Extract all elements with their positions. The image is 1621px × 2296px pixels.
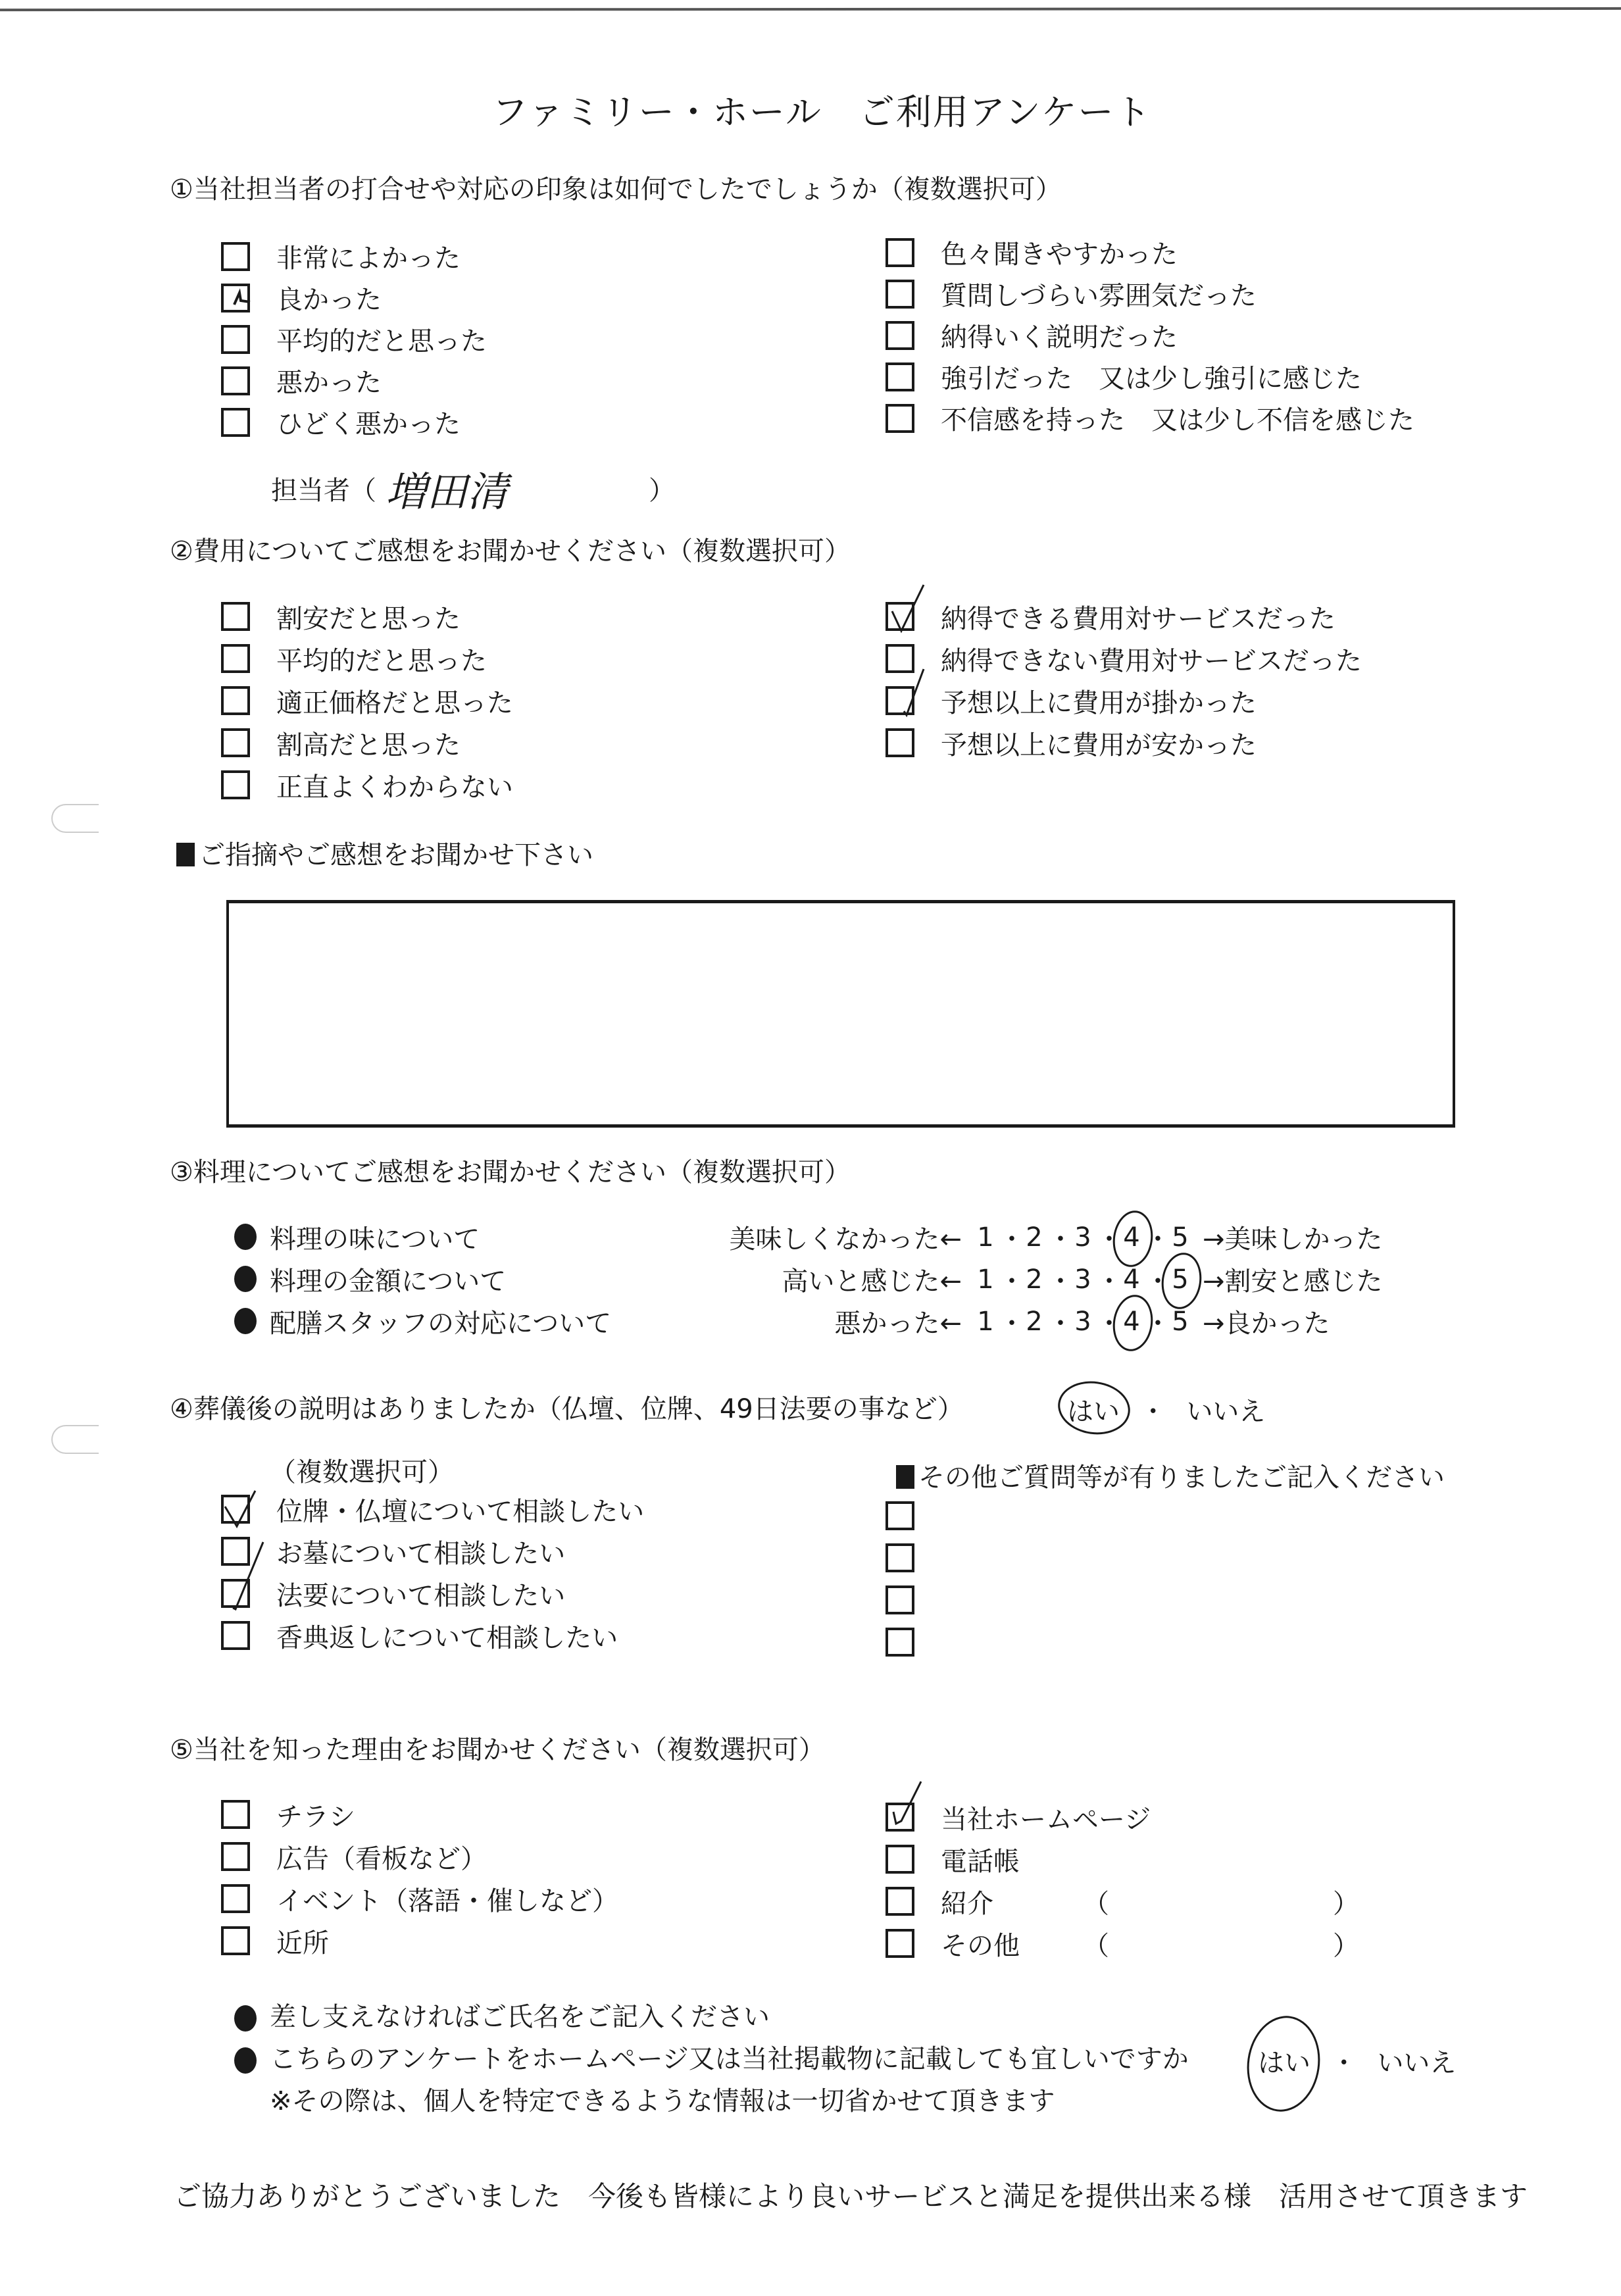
scan-edge-line (0, 7, 1621, 11)
q4-other-boxes (885, 1495, 941, 1663)
checkmark-icon (220, 1471, 266, 1530)
q1-left-options: 非常によかった 良かった 平均的だと思った 悪かった ひどく悪かった (221, 236, 487, 443)
q3-scale-staff-low: 悪かった← (834, 1303, 962, 1340)
checkbox[interactable] (885, 362, 914, 391)
staff-close-paren: ） (649, 470, 675, 507)
q1-option-convincing[interactable]: 納得いく説明だった (885, 314, 1414, 356)
q2-heading: ②費用についてご感想をお聞かせください（複数選択可） (170, 530, 851, 568)
q5-option-neighborhood[interactable]: 近所 (221, 1920, 618, 1962)
q4-option-grave[interactable]: お墓について相談したい (221, 1530, 644, 1572)
checkbox[interactable] (221, 1800, 250, 1829)
staff-field: 担当者（ 増田清 ） (271, 459, 675, 518)
publish-yes-no: はい ・ いいえ (1258, 2042, 1456, 2080)
checkmark-icon (884, 662, 930, 722)
publish-yes-option[interactable]: はい (1258, 2042, 1310, 2080)
q3-scale-price[interactable]: 1・ 2・ 3・ 4・ 5 →割安と感じた (972, 1260, 1383, 1298)
q2-right-options: 納得できる費用対サービスだった 納得できない費用対サービスだった 予想以上に費用… (885, 595, 1362, 764)
other-question-checkbox[interactable] (885, 1628, 914, 1657)
checkbox[interactable] (885, 321, 914, 350)
q4-other-heading: その他ご質問等が有りましたご記入ください (896, 1457, 1445, 1494)
checkbox[interactable] (221, 1621, 250, 1650)
checkmark-icon (220, 1555, 266, 1614)
checkbox[interactable] (221, 602, 250, 631)
bullet-icon (234, 1308, 257, 1334)
q3-scale-taste[interactable]: 1・ 2・ 3・ 4・ 5 →美味しかった (972, 1218, 1383, 1256)
comments-heading: ご指摘やご感想をお聞かせ下さい (176, 834, 593, 872)
q3-item-staff: 配膳スタッフの対応について (234, 1300, 611, 1342)
q1-option-bad[interactable]: 悪かった (221, 360, 487, 401)
q3-item-price: 料理の金額について (234, 1258, 611, 1300)
q4-yes-option[interactable]: はい (1067, 1391, 1120, 1428)
q3-scale-price-low: 高いと感じた← (782, 1260, 962, 1298)
q4-options: 位牌・仏壇について相談したい お墓について相談したい 法要について相談したい 香… (221, 1488, 644, 1657)
checkbox-checked[interactable] (885, 602, 914, 631)
checkbox[interactable] (221, 325, 250, 354)
punch-hole-mark (51, 804, 99, 833)
page-title: ファミリー・ホール ご利用アンケート (492, 84, 1152, 135)
q2-option-less-than-expected[interactable]: 予想以上に費用が安かった (885, 722, 1362, 764)
q3-items: 料理の味について 料理の金額について 配膳スタッフの対応について (234, 1216, 611, 1342)
q3-item-taste: 料理の味について (234, 1216, 611, 1258)
square-bullet-icon (896, 1465, 914, 1489)
q3-scale-taste-low: 美味しくなかった← (729, 1218, 962, 1256)
q5-left-options: チラシ 広告（看板など） イベント（落語・催しなど） 近所 (221, 1793, 618, 1962)
q2-option-expensive[interactable]: 割高だと思った (221, 722, 513, 764)
publish-no-option[interactable]: いいえ (1377, 2048, 1456, 2078)
q5-option-other[interactable]: その他（） (885, 1922, 1359, 1964)
q2-option-unsatisfied-value[interactable]: 納得できない費用対サービスだった (885, 637, 1362, 680)
checkbox-checked[interactable] (221, 1579, 250, 1608)
selected-rating[interactable]: 4 (1118, 1222, 1145, 1253)
q3-heading: ③料理についてご感想をお聞かせください（複数選択可） (170, 1151, 851, 1189)
selected-rating[interactable]: 4 (1118, 1307, 1145, 1337)
checkbox[interactable] (221, 1926, 250, 1955)
q1-right-options: 色々聞きやすかった 質問しづらい雰囲気だった 納得いく説明だった 強引だった 又… (885, 232, 1414, 439)
checkbox[interactable] (221, 770, 250, 799)
q2-option-more-than-expected[interactable]: 予想以上に費用が掛かった (885, 680, 1362, 722)
checkbox[interactable] (885, 404, 914, 433)
q1-option-pushy[interactable]: 強引だった 又は少し強引に感じた (885, 356, 1414, 397)
q1-option-very-bad[interactable]: ひどく悪かった (221, 401, 487, 443)
q2-option-cheap[interactable]: 割安だと思った (221, 595, 513, 637)
q4-yes-no: はい ・ いいえ (1067, 1391, 1265, 1428)
checkmark-icon (884, 1779, 930, 1838)
other-question-checkbox[interactable] (885, 1501, 914, 1530)
q2-option-satisfied-value[interactable]: 納得できる費用対サービスだった (885, 595, 1362, 637)
checkbox[interactable] (885, 280, 914, 309)
q5-option-homepage[interactable]: 当社ホームページ (885, 1796, 1359, 1838)
staff-name-input[interactable]: 増田清 (386, 459, 649, 518)
q4-option-return-gift[interactable]: 香典返しについて相談したい (221, 1614, 644, 1657)
other-question-checkbox[interactable] (885, 1585, 914, 1614)
checkbox[interactable] (885, 1845, 914, 1874)
checkbox[interactable] (221, 644, 250, 673)
checkbox[interactable] (221, 1842, 250, 1871)
comments-textarea[interactable] (226, 900, 1455, 1128)
checkbox[interactable] (885, 1887, 914, 1916)
q5-option-event[interactable]: イベント（落語・催しなど） (221, 1878, 618, 1920)
checkbox-checked[interactable] (221, 1495, 250, 1524)
q2-left-options: 割安だと思った 平均的だと思った 適正価格だと思った 割高だと思った 正直よくわ… (221, 595, 513, 806)
name-prompt: 差し支えなければご氏名をご記入ください (234, 1996, 770, 2034)
checkmark-icon (884, 578, 930, 637)
q4-heading: ④葬儀後の説明はありましたか（仏壇、位牌、49日法要の事など） (170, 1388, 964, 1426)
q1-option-easy-to-ask[interactable]: 色々聞きやすかった (885, 232, 1414, 273)
q1-heading: ①当社担当者の打合せや対応の印象は如何でしたでしょうか（複数選択可） (170, 168, 1062, 206)
q1-option-hard-to-ask[interactable]: 質問しづらい雰囲気だった (885, 273, 1414, 314)
q1-option-distrust[interactable]: 不信感を持った 又は少し不信を感じた (885, 397, 1414, 439)
q5-option-phonebook[interactable]: 電話帳 (885, 1838, 1359, 1880)
bullet-icon (234, 1224, 257, 1250)
publish-prompt: こちらのアンケートをホームページ又は当社掲載物に記載しても宜しいですか (234, 2038, 1189, 2076)
q4-option-memorial[interactable]: 法要について相談したい (221, 1572, 644, 1614)
checkbox-checked[interactable] (885, 686, 914, 715)
bullet-icon (234, 2005, 257, 2032)
q2-option-unsure[interactable]: 正直よくわからない (221, 764, 513, 806)
bullet-icon (234, 2047, 257, 2074)
checkbox[interactable] (221, 1884, 250, 1913)
q4-no-option[interactable]: いいえ (1186, 1397, 1265, 1427)
checkbox[interactable] (221, 728, 250, 757)
other-question-checkbox[interactable] (885, 1543, 914, 1572)
privacy-note: ※その際は、個人を特定できるような情報は一切省かせて頂きます (270, 2080, 1055, 2118)
q1-option-average[interactable]: 平均的だと思った (221, 318, 487, 360)
q1-option-good[interactable]: 良かった (221, 277, 487, 318)
q2-option-fair[interactable]: 適正価格だと思った (221, 680, 513, 722)
bullet-icon (234, 1266, 257, 1292)
checkmark-icon (220, 260, 266, 319)
staff-label: 担当者（ (271, 470, 376, 507)
checkbox[interactable] (885, 728, 914, 757)
q4-option-tablet-altar[interactable]: 位牌・仏壇について相談したい (221, 1488, 644, 1530)
selected-rating[interactable]: 5 (1167, 1264, 1193, 1295)
checkbox[interactable] (885, 238, 914, 267)
q5-heading: ⑤当社を知った理由をお聞かせください（複数選択可） (170, 1729, 825, 1766)
checkbox-checked[interactable] (221, 284, 250, 312)
closing-message: ご協力ありがとうございました 今後も皆様により良いサービスと満足を提供出来る様 … (174, 2175, 1528, 2214)
q5-right-options: 当社ホームページ 電話帳 紹介（） その他（） (885, 1796, 1359, 1964)
checkbox[interactable] (221, 408, 250, 437)
q4-multi-note: （複数選択可） (270, 1451, 454, 1489)
square-bullet-icon (176, 843, 195, 866)
checkbox[interactable] (221, 686, 250, 715)
q3-scale-staff[interactable]: 1・ 2・ 3・ 4・ 5 →良かった (972, 1303, 1330, 1340)
q5-option-flyer[interactable]: チラシ (221, 1793, 618, 1835)
punch-hole-mark (51, 1425, 99, 1454)
q5-option-referral[interactable]: 紹介（） (885, 1880, 1359, 1922)
q5-option-ad[interactable]: 広告（看板など） (221, 1835, 618, 1878)
checkbox[interactable] (221, 366, 250, 395)
checkbox[interactable] (885, 1929, 914, 1958)
q2-option-average[interactable]: 平均的だと思った (221, 637, 513, 680)
checkbox-checked[interactable] (885, 1803, 914, 1832)
